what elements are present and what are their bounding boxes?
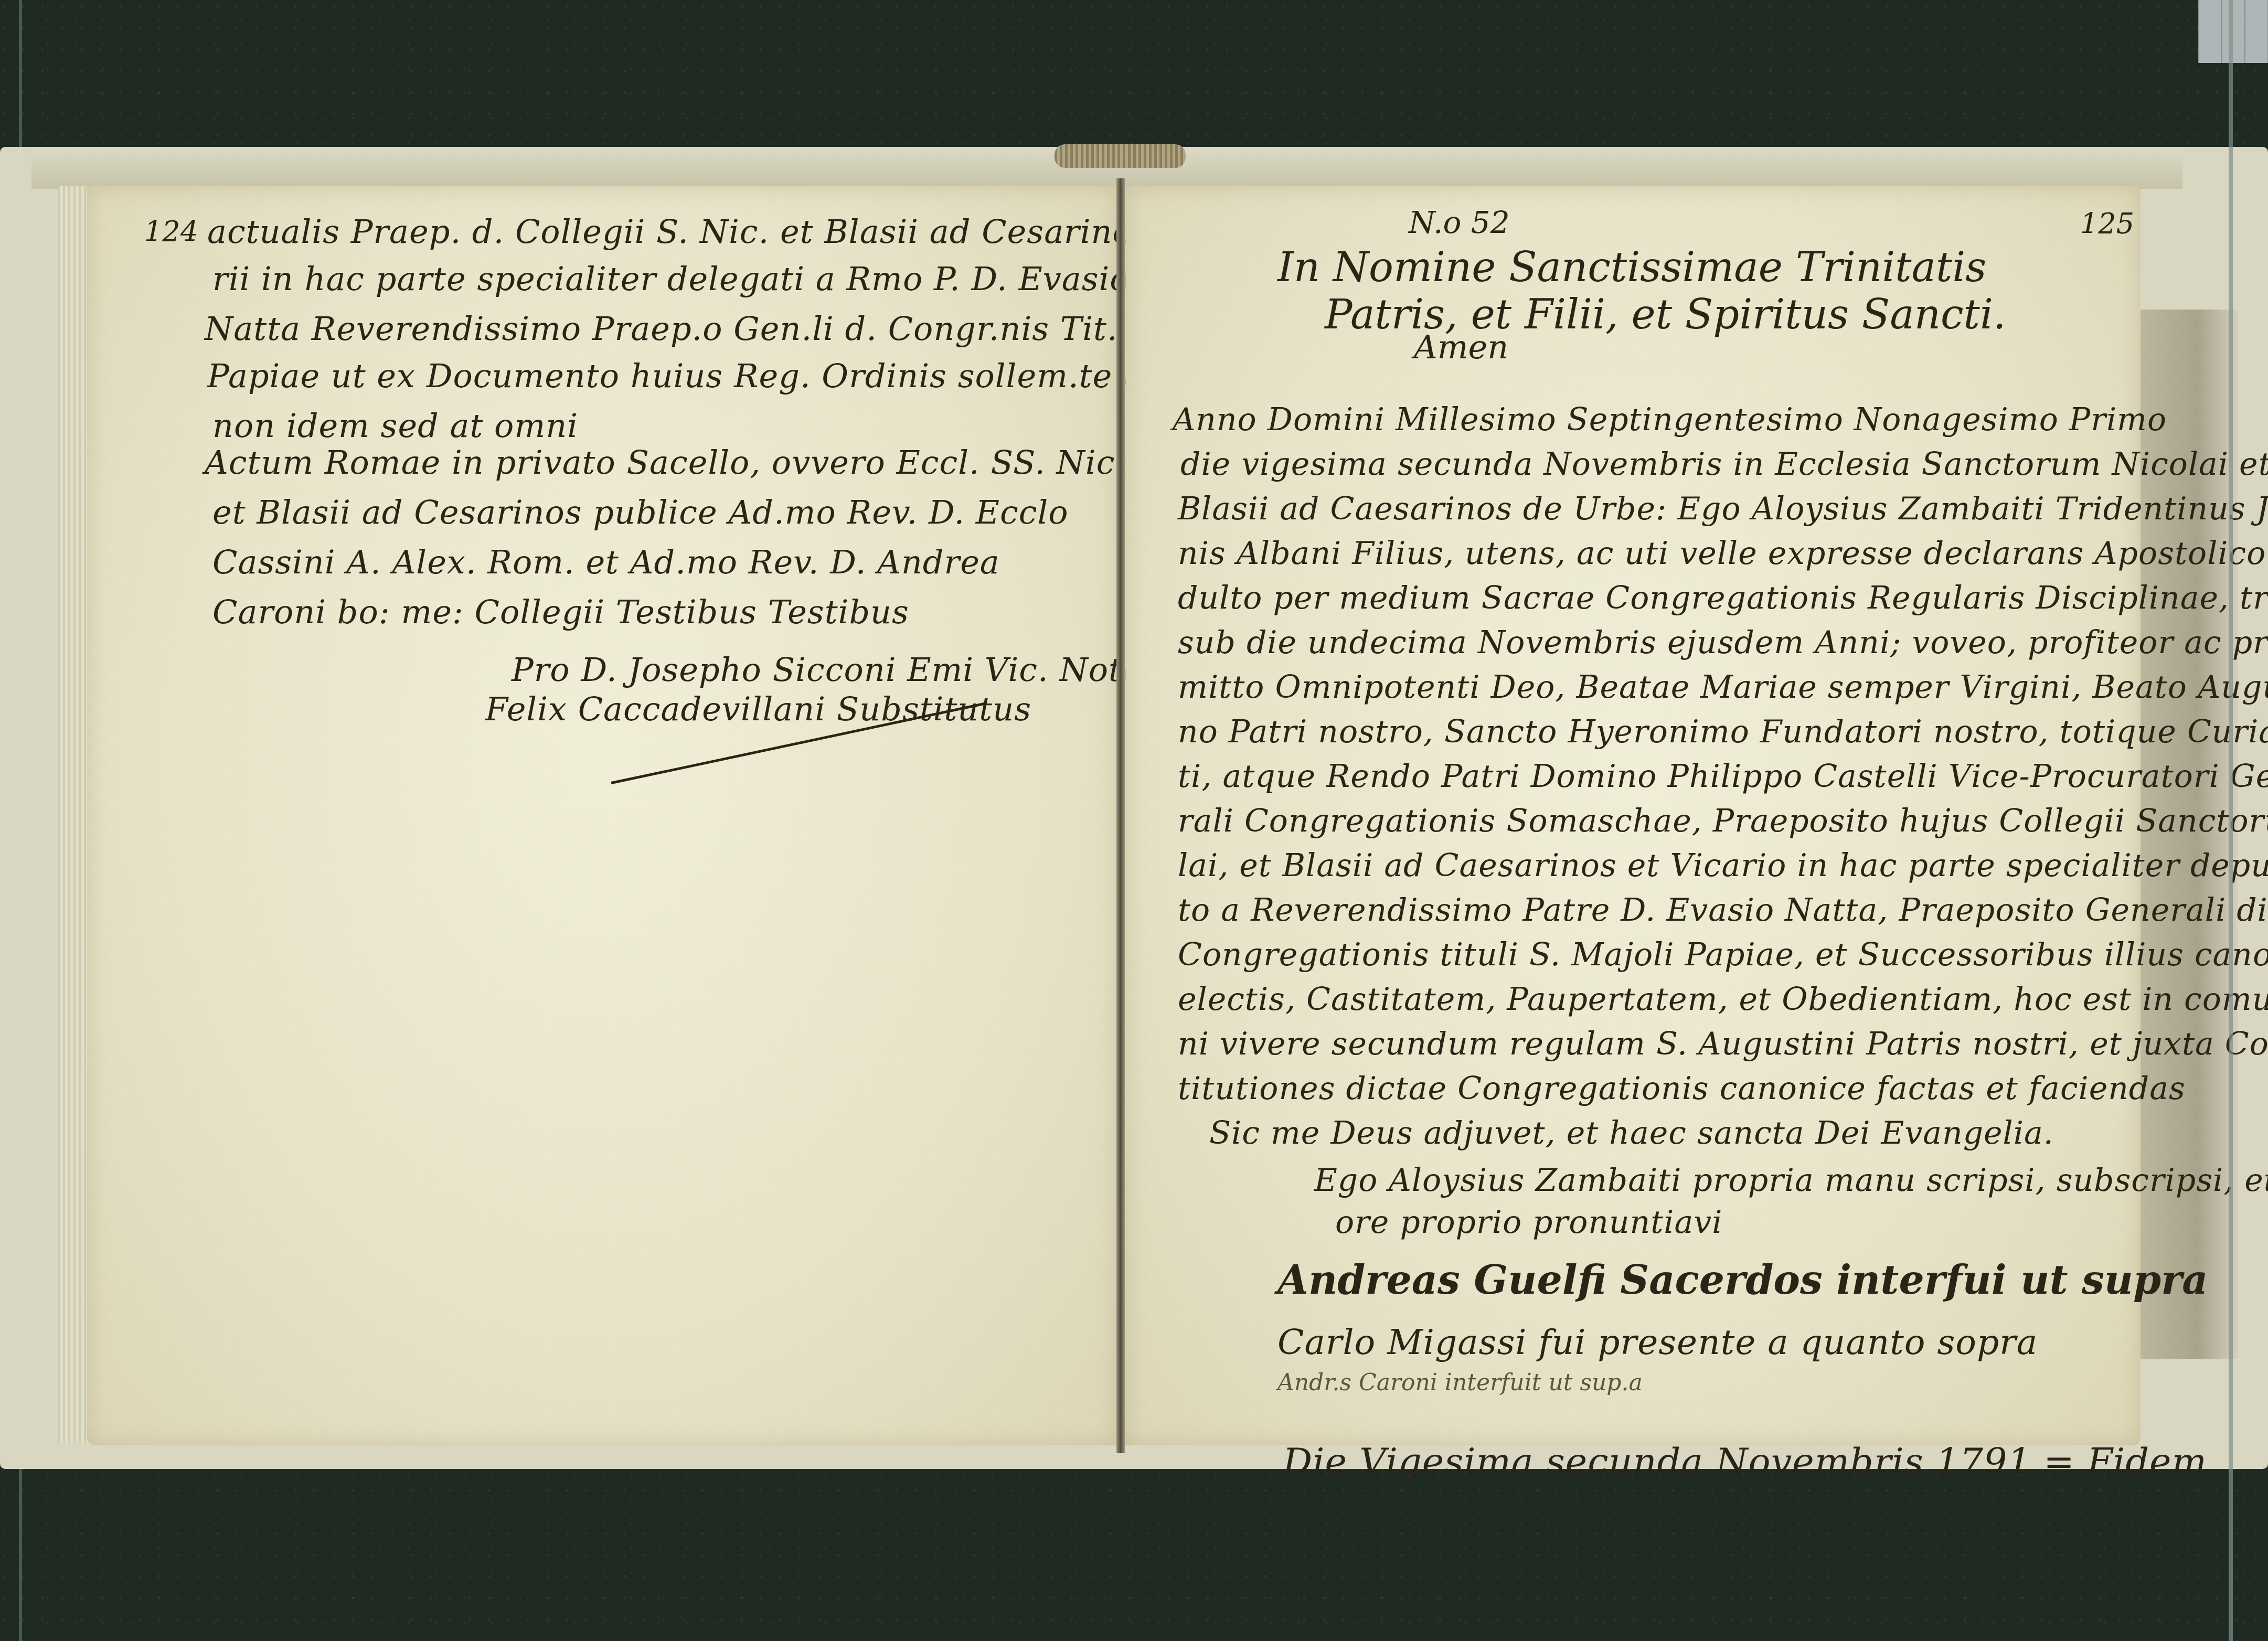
text-line: nis Albani Filius, utens, ac uti velle e… (1178, 535, 2268, 572)
invocation-amen: Amen (1414, 328, 1508, 366)
witness-signature: Andreas Guelfi Sacerdos interfui ut supr… (1277, 1256, 2208, 1303)
text-line: mitto Omnipotenti Deo, Beatae Mariae sem… (1178, 669, 2268, 706)
professant-signature-cont: ore proprio pronuntiavi (1335, 1204, 1722, 1241)
sewing-thread (1055, 144, 1186, 168)
text-line: Cassini A. Alex. Rom. et Ad.mo Rev. D. A… (212, 543, 1000, 581)
witness-signature: Andr.s Caroni interfuit ut sup.a (1277, 1369, 1643, 1396)
professant-signature: Ego Aloysius Zambaiti propria manu scrip… (1314, 1162, 2268, 1199)
text-line: ti, atque Rendo Patri Domino Philippo Ca… (1178, 758, 2268, 795)
invocation-line-1: In Nomine Sanctissimae Trinitatis (1277, 244, 1986, 291)
text-line: Papiae ut ex Documento huius Reg. Ordini… (207, 357, 1260, 395)
oath-closing: Sic me Deus adjuvet, et haec sancta Dei … (1209, 1115, 2054, 1152)
substitute-signature: Felix Caccadevillani Substitutus (485, 690, 1031, 728)
text-line: Caroni bo: me: Collegii Testibus Testibu… (212, 593, 909, 631)
right-page: 125 N.o 52 In Nomine Sanctissimae Trinit… (1125, 186, 2141, 1445)
text-line: ni vivere secundum regulam S. Augustini … (1178, 1026, 2268, 1062)
text-line: Blasii ad Caesarinos de Urbe: Ego Aloysi… (1178, 491, 2268, 527)
text-line: non idem sed at omni (212, 407, 578, 445)
text-line: titutiones dictae Congregationis canonic… (1178, 1070, 2186, 1107)
page-number-right: 125 (2080, 207, 2134, 240)
date-attestation: Die Vigesima secunda Novembris 1791 = Fi… (1283, 1440, 2207, 1483)
glass-clamp-right (2229, 0, 2233, 1641)
text-line: Actum Romae in privato Sacello, ovvero E… (205, 443, 1177, 482)
book-gutter (1116, 178, 1125, 1453)
text-line: lai, et Blasii ad Caesarinos et Vicario … (1178, 847, 2268, 884)
notary-signature: Pro D. Josepho Sicconi Emi Vic. Notario (512, 651, 1189, 689)
text-line: rali Congregationis Somaschae, Praeposit… (1178, 803, 2268, 839)
entry-number: N.o 52 (1409, 205, 1510, 240)
text-line: rii in hac parte specialiter delegati a … (212, 260, 1130, 298)
text-line: dulto per medium Sacrae Congregationis R… (1178, 580, 2268, 616)
page-number-left: 124 (144, 215, 198, 248)
text-line: et Blasii ad Cesarinos publice Ad.mo Rev… (212, 493, 1069, 531)
text-line: no Patri nostro, Sancto Hyeronimo Fundat… (1178, 713, 2268, 750)
text-line: sub die undecima Novembris ejusdem Anni;… (1178, 624, 2268, 661)
text-line: Congregationis tituli S. Majoli Papiae, … (1178, 936, 2268, 973)
text-line: Anno Domini Millesimo Septingentesimo No… (1173, 401, 2167, 438)
left-page: 124 actualis Praep. d. Collegii S. Nic. … (87, 186, 1117, 1445)
text-line: to a Reverendissimo Patre D. Evasio Natt… (1178, 892, 2268, 929)
text-line: electis, Castitatem, Paupertatem, et Obe… (1178, 981, 2268, 1018)
calibration-grid (2198, 0, 2268, 63)
text-line: die vigesima secunda Novembris in Eccles… (1180, 446, 2268, 483)
fore-edge-left (58, 186, 89, 1443)
witness-signature: Carlo Migassi fui presente a quanto sopr… (1277, 1322, 2038, 1362)
